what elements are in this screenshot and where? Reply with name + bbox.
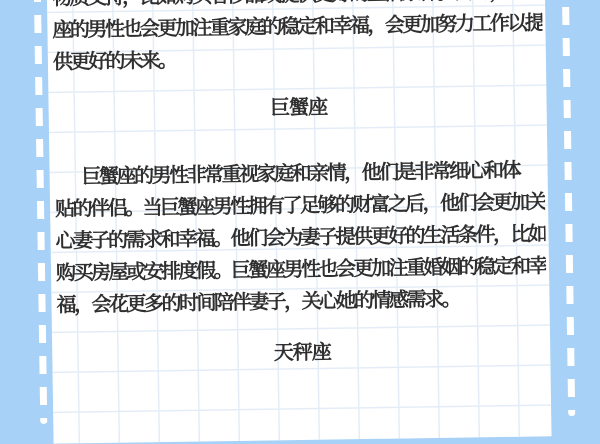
content-card: 物质支持，比如购买奢侈品或提供更好的生活条件。同时，金牛 座的男性也会更加注重家… [46, 0, 551, 400]
cancer-paragraph: 巨蟹座的男性非常重视家庭和亲情，他们是非常细心和体 贴的伴侣。当巨蟹座男性拥有了… [54, 154, 546, 321]
libra-section-heading: 天秤座 [57, 333, 547, 372]
right-dashed-border [562, 0, 576, 400]
cancer-section-heading: 巨蟹座 [53, 88, 543, 127]
poster-background: 物质支持，比如购买奢侈品或提供更好的生活条件。同时，金牛 座的男性也会更加注重家… [0, 0, 600, 400]
paragraph-line: 供更好的未来。 [53, 39, 543, 78]
taurus-paragraph: 物质支持，比如购买奢侈品或提供更好的生活条件。同时，金牛 座的男性也会更加注重家… [52, 0, 543, 79]
left-dashed-border [34, 0, 48, 400]
paragraph-line: 福，会花更多的时间陪伴妻子，关心她的情感需求。 [56, 282, 546, 321]
